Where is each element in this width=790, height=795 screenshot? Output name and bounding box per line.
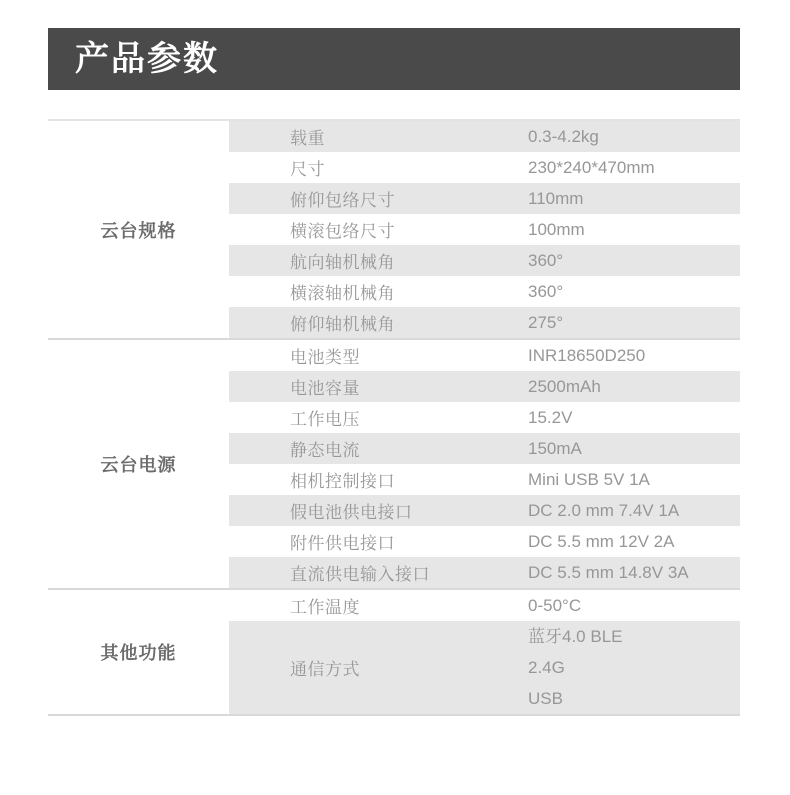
product-parameters-banner: 产品参数 <box>48 28 740 90</box>
spec-param-name: 静态电流 <box>229 433 528 464</box>
spec-param-values: 15.2V <box>528 402 740 433</box>
spec-param-name: 横滚轴机械角 <box>229 276 528 307</box>
spec-value: Mini USB 5V 1A <box>528 464 740 495</box>
spec-param-values: 360° <box>528 245 740 276</box>
spec-section-1: 云台电源 电池类型 INR18650D250 电池容量 2500mAh 工作电压… <box>48 338 740 588</box>
spec-row: 工作电压 15.2V <box>229 402 740 433</box>
spec-row: 工作温度 0-50°C <box>229 590 740 621</box>
spec-value: 0.3-4.2kg <box>528 121 740 152</box>
spec-row: 相机控制接口 Mini USB 5V 1A <box>229 464 740 495</box>
spec-value: DC 2.0 mm 7.4V 1A <box>528 495 740 526</box>
page-title: 产品参数 <box>75 42 219 76</box>
spec-param-name: 俯仰轴机械角 <box>229 307 528 338</box>
spec-param-name: 电池容量 <box>229 371 528 402</box>
section-label: 其他功能 <box>48 590 229 714</box>
spec-param-name: 尺寸 <box>229 152 528 183</box>
spec-param-values: DC 2.0 mm 7.4V 1A <box>528 495 740 526</box>
spec-param-values: 110mm <box>528 183 740 214</box>
spec-row: 附件供电接口 DC 5.5 mm 12V 2A <box>229 526 740 557</box>
spec-param-values: DC 5.5 mm 14.8V 3A <box>528 557 740 588</box>
spec-param-values: 0-50°C <box>528 590 740 621</box>
spec-param-name: 直流供电输入接口 <box>229 557 528 588</box>
section-rows: 工作温度 0-50°C 通信方式 蓝牙4.0 BLE2.4GUSB <box>229 590 740 714</box>
spec-value: 2500mAh <box>528 371 740 402</box>
spec-row: 航向轴机械角 360° <box>229 245 740 276</box>
spec-value: 360° <box>528 276 740 307</box>
spec-param-name: 假电池供电接口 <box>229 495 528 526</box>
spec-section-0: 云台规格 载重 0.3-4.2kg 尺寸 230*240*470mm 俯仰包络尺… <box>48 121 740 338</box>
section-rows: 电池类型 INR18650D250 电池容量 2500mAh 工作电压 15.2… <box>229 340 740 588</box>
spec-value: 蓝牙4.0 BLE <box>528 621 740 652</box>
spec-row: 俯仰包络尺寸 110mm <box>229 183 740 214</box>
spec-param-values: 100mm <box>528 214 740 245</box>
spec-value: 2.4G <box>528 652 740 683</box>
spec-param-values: DC 5.5 mm 12V 2A <box>528 526 740 557</box>
spec-row: 载重 0.3-4.2kg <box>229 121 740 152</box>
spec-param-values: 2500mAh <box>528 371 740 402</box>
spec-param-values: 360° <box>528 276 740 307</box>
spec-value: 150mA <box>528 433 740 464</box>
spec-param-name: 工作温度 <box>229 590 528 621</box>
spec-table: 云台规格 载重 0.3-4.2kg 尺寸 230*240*470mm 俯仰包络尺… <box>48 119 740 716</box>
spec-param-name: 电池类型 <box>229 340 528 371</box>
spec-value: DC 5.5 mm 12V 2A <box>528 526 740 557</box>
spec-param-values: INR18650D250 <box>528 340 740 371</box>
spec-value: 100mm <box>528 214 740 245</box>
spec-param-name: 附件供电接口 <box>229 526 528 557</box>
section-label: 云台电源 <box>48 340 229 588</box>
spec-row: 横滚轴机械角 360° <box>229 276 740 307</box>
spec-row: 通信方式 蓝牙4.0 BLE2.4GUSB <box>229 621 740 714</box>
spec-value: DC 5.5 mm 14.8V 3A <box>528 557 740 588</box>
section-rows: 载重 0.3-4.2kg 尺寸 230*240*470mm 俯仰包络尺寸 110… <box>229 121 740 338</box>
spec-row: 直流供电输入接口 DC 5.5 mm 14.8V 3A <box>229 557 740 588</box>
spec-row: 电池容量 2500mAh <box>229 371 740 402</box>
spec-param-values: 150mA <box>528 433 740 464</box>
spec-row: 假电池供电接口 DC 2.0 mm 7.4V 1A <box>229 495 740 526</box>
spec-value: 275° <box>528 307 740 338</box>
spec-value: USB <box>528 683 740 714</box>
spec-value: 15.2V <box>528 402 740 433</box>
spec-section-2: 其他功能 工作温度 0-50°C 通信方式 蓝牙4.0 BLE2.4GUSB <box>48 588 740 714</box>
spec-row: 尺寸 230*240*470mm <box>229 152 740 183</box>
spec-param-name: 载重 <box>229 121 528 152</box>
spec-value: INR18650D250 <box>528 340 740 371</box>
spec-row: 静态电流 150mA <box>229 433 740 464</box>
spec-param-name: 横滚包络尺寸 <box>229 214 528 245</box>
spec-row: 俯仰轴机械角 275° <box>229 307 740 338</box>
spec-row: 电池类型 INR18650D250 <box>229 340 740 371</box>
spec-param-name: 俯仰包络尺寸 <box>229 183 528 214</box>
spec-param-name: 工作电压 <box>229 402 528 433</box>
spec-param-name: 相机控制接口 <box>229 464 528 495</box>
spec-value: 110mm <box>528 183 740 214</box>
spec-param-name: 航向轴机械角 <box>229 245 528 276</box>
spec-param-values: 275° <box>528 307 740 338</box>
spec-value: 0-50°C <box>528 590 740 621</box>
section-label: 云台规格 <box>48 121 229 338</box>
spec-param-values: 蓝牙4.0 BLE2.4GUSB <box>528 621 740 714</box>
spec-param-values: 230*240*470mm <box>528 152 740 183</box>
spec-row: 横滚包络尺寸 100mm <box>229 214 740 245</box>
spec-param-values: Mini USB 5V 1A <box>528 464 740 495</box>
spec-param-values: 0.3-4.2kg <box>528 121 740 152</box>
spec-value: 360° <box>528 245 740 276</box>
spec-param-name: 通信方式 <box>229 621 528 714</box>
spec-value: 230*240*470mm <box>528 152 740 183</box>
